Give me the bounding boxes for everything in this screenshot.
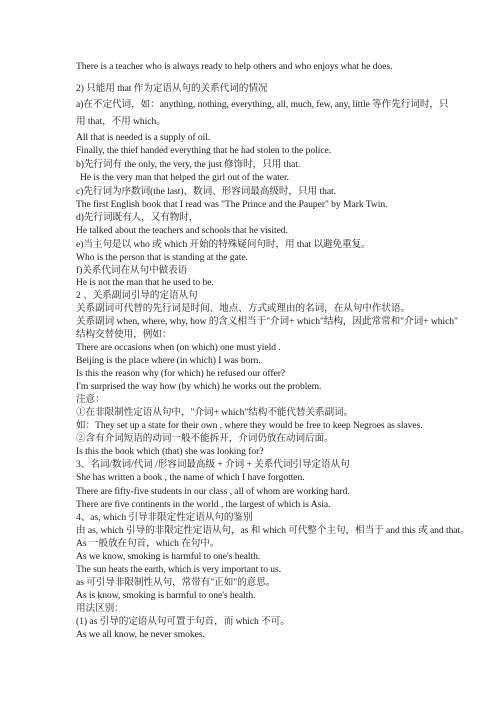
text-line: Beijing is the place where (in which) I … xyxy=(76,355,261,367)
text-line: d)先行词既有人，又有物时， xyxy=(76,212,198,224)
text-line: 用 that，不用 which。 xyxy=(76,116,166,128)
text-line: ②含有介词短语的动词一般不能拆开，介词仍放在动词后面。 xyxy=(76,433,334,445)
text-line: c)先行词为序数词(the last)、数词、形容词最高级时，只用 that. xyxy=(76,186,336,198)
text-line: There is a teacher who is always ready t… xyxy=(76,61,392,73)
text-line: 关系副词可代替的先行词是时间、地点、方式或理由的名词，在从句中作状语。 xyxy=(76,303,410,315)
text-line: There are fifty-five students in our cla… xyxy=(76,486,350,498)
text-line: ①在非限制性定语从句中，"介词+ which"结构不能代替关系副词。 xyxy=(76,407,353,419)
text-line: All that is needed is a supply of oil. xyxy=(76,132,210,144)
text-line: a)在不定代词，如：anything, nothing, everything,… xyxy=(76,99,448,111)
text-line: 2) 只能用 that 作为定语从句的关系代词的情况 xyxy=(76,83,267,95)
text-line: As is know, smoking is harmful to one's … xyxy=(76,590,255,602)
text-line: 注意： xyxy=(76,394,105,406)
text-line: 结构交替使用，例如： xyxy=(76,329,171,341)
text-line: The sun heats the earth, which is very i… xyxy=(76,564,281,576)
text-line: 由 as, which 引导的非限定性定语从句，as 和 which 可代整个主… xyxy=(76,525,470,537)
text-line: There are five continents in the world ,… xyxy=(76,499,330,511)
text-line: Is this the book which (that) she was lo… xyxy=(76,446,263,458)
text-line: He talked about the teachers and schools… xyxy=(76,225,288,237)
document-page: There is a teacher who is always ready t… xyxy=(0,0,500,707)
text-line: As we know, smoking is harmful to one's … xyxy=(76,551,260,563)
text-line: f)关系代词在从句中做表语 xyxy=(76,265,187,277)
text-line: I'm surprised the way how (by which) he … xyxy=(76,381,321,393)
text-line: Finally, the thief handed everything tha… xyxy=(76,145,331,157)
text-line: 4、as, which 引导非限定性定语从句的鉴别 xyxy=(76,512,253,524)
text-line: 如：They set up a state for their own , wh… xyxy=(76,420,423,432)
text-line: As 一般放在句首，which 在句中。 xyxy=(76,538,219,550)
text-line: As we all know, he never smokes. xyxy=(76,629,205,641)
text-line: (1) as 引导的定语从句可置于句首，而 which 不可。 xyxy=(76,616,290,628)
text-line: Who is the person that is standing at th… xyxy=(76,252,248,264)
text-line: There are occasions when (on which) one … xyxy=(76,342,281,354)
text-line: 2 、关系副词引导的定语从句 xyxy=(76,290,198,302)
text-line: Is this the reason why (for which) he re… xyxy=(76,368,285,380)
text-line: b)先行词有 the only, the very, the just 修饰时，… xyxy=(76,159,300,171)
text-line: 关系副词 when, where, why, how 的含义相当于"介词+ wh… xyxy=(76,316,458,328)
text-line: The first English book that I read was "… xyxy=(76,199,388,211)
text-line: 3、名词/数词/代词 /形容词最高级 + 介词 + 关系代词引导定语从句 xyxy=(76,459,350,471)
text-line: as 可引导非限制性从句，常带有"正如"的意思。 xyxy=(76,577,275,589)
text-line: She has written a book , the name of whi… xyxy=(76,472,305,484)
text-line: 用法区别： xyxy=(76,603,124,615)
text-line: e)当主句是以 who 或 which 开始的特殊疑问句时，用 that 以避免… xyxy=(76,239,371,251)
text-line: He is the very man that helped the girl … xyxy=(80,172,289,184)
text-line: He is not the man that he used to be. xyxy=(76,277,214,289)
